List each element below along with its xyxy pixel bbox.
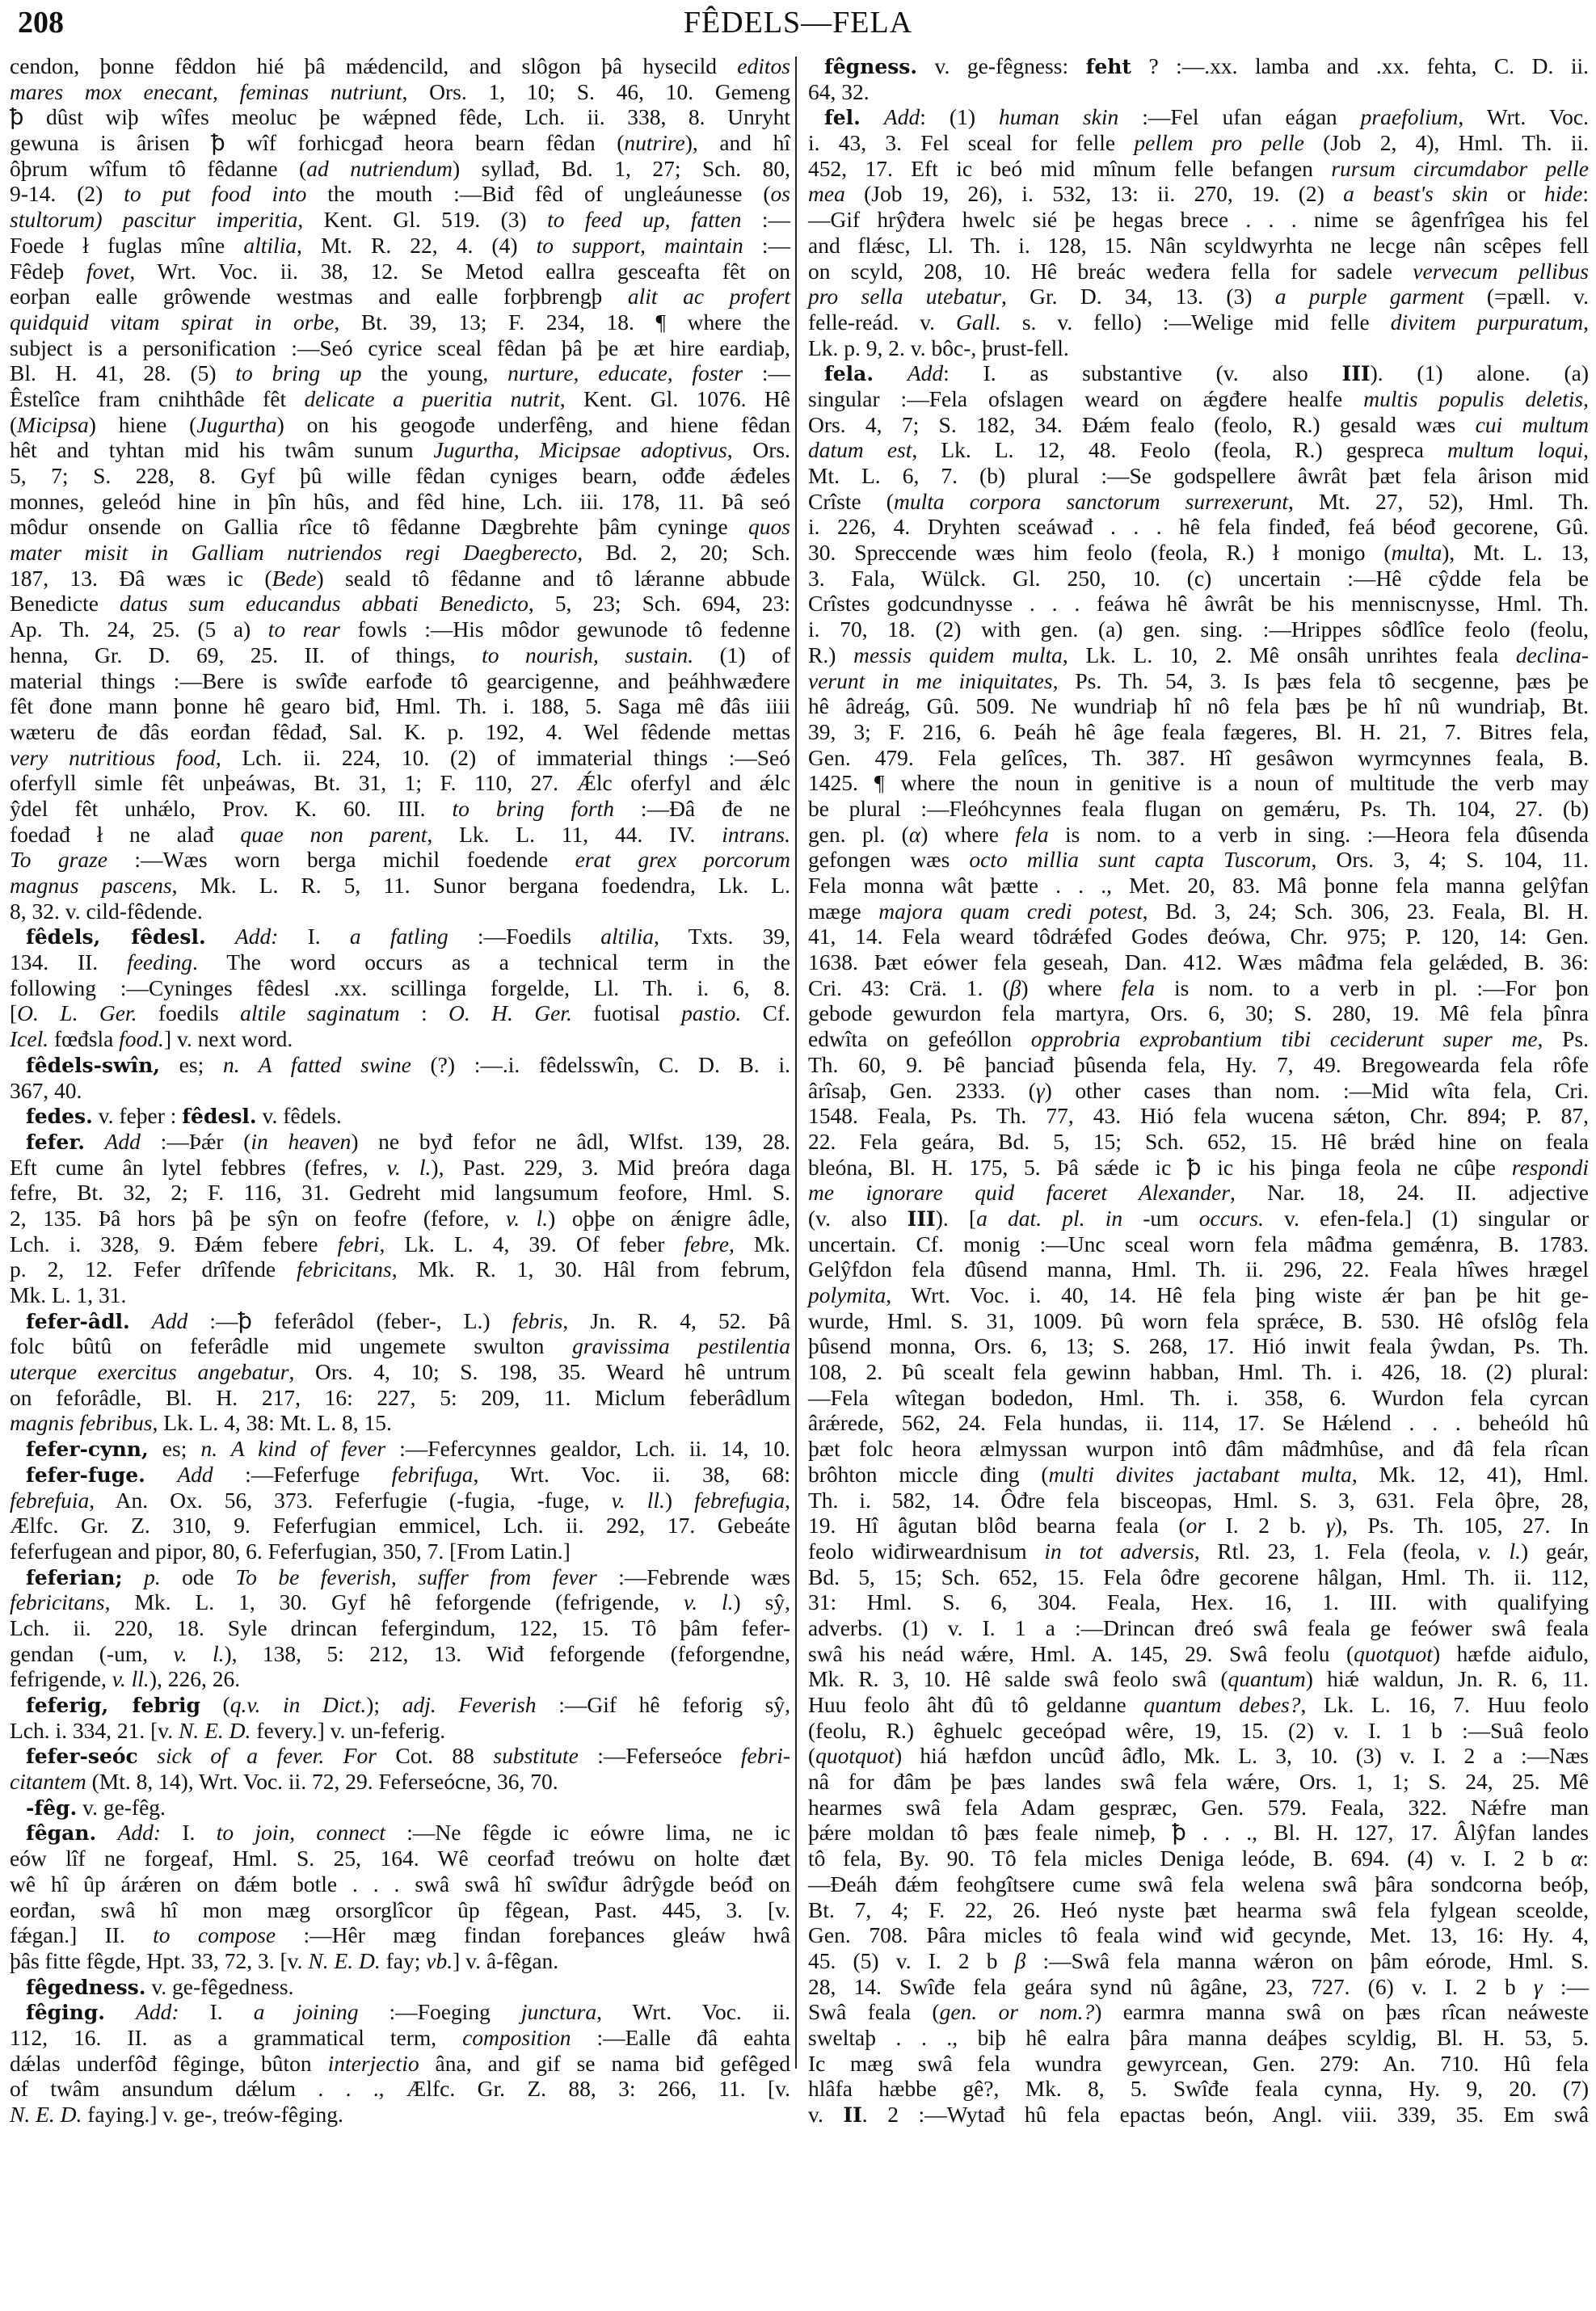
italic-text: v. l. bbox=[506, 1206, 548, 1231]
italic-text: magnis febribus bbox=[10, 1410, 152, 1435]
text-line: of twâm ansundum dǽlum . . ., Ælfc. Gr. … bbox=[10, 2076, 790, 2102]
text-run: Ic mæg swâ fela wundra gewyrcean, Gen. 2… bbox=[808, 2051, 1589, 2076]
italic-text: or bbox=[1186, 1513, 1206, 1538]
italic-text: a purple garment bbox=[1275, 284, 1464, 309]
text-run: faying.] v. ge-, treów-fêging. bbox=[82, 2102, 343, 2127]
text-run: ode bbox=[161, 1564, 236, 1589]
text-run: —Đeáh đǽm feohgîtsere cume swâ fela wele… bbox=[808, 1871, 1589, 1896]
text-run: 112, 16. II. as a grammatical term, bbox=[10, 2025, 462, 2050]
text-line: feferfugean and pipor, 80, 6. Feferfugia… bbox=[10, 1539, 790, 1564]
text-run: ( bbox=[808, 1743, 815, 1768]
text-line: Bt. 7, 4; F. 22, 26. Heó nyste þæt hearm… bbox=[808, 1897, 1589, 1923]
text-run: dǽlas underfôđ fêginge, bûton bbox=[10, 2051, 328, 2076]
italic-text: Icel. bbox=[10, 1026, 48, 1051]
text-run bbox=[145, 1462, 177, 1487]
italic-text: ad nutriendum bbox=[306, 156, 453, 181]
italic-text: to bring up bbox=[235, 360, 361, 385]
text-run: , Lk. L. 4, 39. Of feber bbox=[380, 1231, 684, 1257]
text-run: , Ors. bbox=[727, 437, 790, 462]
text-run: bleóna, Bl. H. 175, 5. Þâ sǽde ic ꝥ ic h… bbox=[808, 1155, 1512, 1180]
text-run: eów lîf ne forgeaf, Hml. S. 25, 164. Wê … bbox=[10, 1846, 790, 1871]
italic-text: O. L. Ger. bbox=[17, 1000, 137, 1025]
italic-text: v. l. bbox=[174, 1641, 225, 1666]
text-line: fefre, Bt. 32, 2; F. 116, 31. Gedreht mi… bbox=[10, 1180, 790, 1206]
italic-text: pellem pro pelle bbox=[1134, 130, 1303, 155]
italic-text: Gall. bbox=[956, 309, 1001, 335]
text-run: ) where bbox=[1021, 975, 1121, 1000]
headword: fêging. bbox=[26, 2001, 105, 2024]
text-run: Th. 60, 9. Þê þanciađ þûsenda fela, Hy. … bbox=[808, 1052, 1589, 1077]
italic-text: citantem bbox=[10, 1769, 86, 1794]
text-run: :—Gif hê feforig sŷ, bbox=[537, 1692, 790, 1717]
text-line: 41, 14. Fela weard tôdrǽfed Godes đeówa,… bbox=[808, 924, 1589, 949]
text-line: feferian; p. ode To be feverish, suffer … bbox=[10, 1564, 790, 1590]
italic-text: v. l. bbox=[387, 1155, 432, 1180]
text-run: :—Wæs worn berga michil foedende bbox=[107, 847, 575, 872]
text-run: , bbox=[1583, 309, 1589, 335]
text-run: hê âdreág, Gû. 509. Ne wundriaþ hî nô fe… bbox=[808, 693, 1589, 718]
text-line: ârǽrede, 562, 24. Fela hundas, ii. 114, … bbox=[808, 1410, 1589, 1436]
text-line: (Micipsa) hiene (Jugurtha) on his geogođ… bbox=[10, 412, 790, 438]
italic-text: mares mox enecant, feminas nutriunt bbox=[10, 79, 402, 104]
text-line: magnis febribus, Lk. L. 4, 38: Mt. L. 8,… bbox=[10, 1410, 790, 1436]
text-line: uncertain. Cf. monig :—Unc sceal worn fe… bbox=[808, 1231, 1589, 1257]
text-run: on feforâdle, Bl. H. 217, 16: 227, 5: 20… bbox=[10, 1385, 790, 1410]
text-line: singular :—Fela ofslagen weard on ǽgđere… bbox=[808, 386, 1589, 412]
text-line: mater misit in Galliam nutriendos regi D… bbox=[10, 540, 790, 566]
text-run: ). [ bbox=[936, 1206, 976, 1231]
text-line: folc bûtû on feferâdle mid ungemete swul… bbox=[10, 1333, 790, 1359]
italic-text: febricitans bbox=[10, 1589, 105, 1614]
italic-text: octo millia sunt capta Tuscorum bbox=[969, 847, 1311, 872]
text-run: fefrigende, bbox=[10, 1666, 112, 1691]
text-run: , Ors. 4, 10; S. 198, 35. Weard hê untru… bbox=[289, 1359, 790, 1384]
text-line: fefer-cynn, es; n. A kind of fever :—Fef… bbox=[10, 1436, 790, 1462]
text-run bbox=[105, 1999, 136, 2024]
headword: feferig, febrig bbox=[26, 1694, 200, 1717]
text-line: citantem (Mt. 8, 14), Wrt. Voc. ii. 72, … bbox=[10, 1769, 790, 1795]
italic-text: Add: bbox=[118, 1820, 161, 1845]
italic-text: n. A kind of fever bbox=[200, 1436, 385, 1461]
text-line: Lch. i. 334, 21. [v. N. E. D. fevery.] v… bbox=[10, 1718, 790, 1744]
text-run: Gelŷfdon fela đûsend manna, Hml. Th. ii.… bbox=[808, 1257, 1589, 1282]
text-run: Gen. 708. Þâra micles tô feala winđ wiđ … bbox=[808, 1922, 1589, 1947]
italic-text: food. bbox=[119, 1026, 164, 1051]
text-run: 367, 40. bbox=[10, 1078, 82, 1103]
text-line: bleóna, Bl. H. 175, 5. Þâ sǽde ic ꝥ ic h… bbox=[808, 1155, 1589, 1181]
text-line: (feolu, R.) êghuelc geceópad wêre, 19, 1… bbox=[808, 1718, 1589, 1744]
text-line: Mk. L. 1, 31. bbox=[10, 1282, 790, 1308]
text-line: Fela monna wât þætte . . ., Met. 20, 83.… bbox=[808, 873, 1589, 899]
text-run: , Ors. 1, 10; S. 46, 10. Gemeng bbox=[402, 79, 790, 104]
text-line: p. 2, 12. Fefer drîfende febricitans, Mk… bbox=[10, 1257, 790, 1282]
text-run: Fêdeþ bbox=[10, 259, 86, 284]
text-line: on feforâdle, Bl. H. 217, 16: 227, 5: 20… bbox=[10, 1385, 790, 1411]
text-run: uncertain. Cf. monig :—Unc sceal worn fe… bbox=[808, 1231, 1589, 1257]
text-line: polymita, Wrt. Voc. i. 40, 14. Hê fela þ… bbox=[808, 1282, 1589, 1308]
headword: fêdels, fêdesl. bbox=[26, 925, 206, 949]
text-line: feolo wiđirweardnisum in tot adversis, R… bbox=[808, 1539, 1589, 1564]
italic-text: altilia bbox=[600, 924, 654, 949]
running-head: FÊDELS—FELA bbox=[0, 5, 1596, 40]
text-line: i. 226, 4. Dryhten sceáwađ . . . hê fela… bbox=[808, 514, 1589, 540]
text-line: fefer-fuge. Add :—Feferfuge febrifuga, W… bbox=[10, 1462, 790, 1488]
text-run: , Lch. ii. 224, 10. (2) of immaterial th… bbox=[216, 745, 790, 770]
text-run: , Wrt. Voc. ii. 38, 68: bbox=[473, 1462, 790, 1487]
italic-text: vb. bbox=[426, 1948, 453, 1973]
italic-text: quantum bbox=[1228, 1666, 1306, 1691]
text-line: hê âdreág, Gû. 509. Ne wundriaþ hî nô fe… bbox=[808, 693, 1589, 719]
text-run: Bt. 7, 4; F. 22, 26. Heó nyste þæt hearm… bbox=[808, 1897, 1589, 1922]
text-run: 1425. ¶ where the noun in genitive is a … bbox=[808, 770, 1589, 795]
text-run: (1) of bbox=[693, 642, 790, 667]
italic-text: to put food into bbox=[124, 181, 306, 206]
text-run: ) ne byđ fefor ne âdl, Wlfst. 139, 28. bbox=[351, 1129, 790, 1154]
italic-text: febre bbox=[684, 1231, 729, 1257]
italic-text: Micipsa bbox=[17, 412, 89, 437]
text-run: 31: Hml. S. 6, 304. Feala, Hex. 16, 1. I… bbox=[808, 1589, 1589, 1614]
text-line: Gen. 708. Þâra micles tô feala winđ wiđ … bbox=[808, 1922, 1589, 1948]
text-run: 45. (5) v. I. 2 b bbox=[808, 1948, 1015, 1973]
text-run: foedađ ł ne alađ bbox=[10, 822, 240, 847]
text-line: Gelŷfdon fela đûsend manna, Hml. Th. ii.… bbox=[808, 1257, 1589, 1282]
italic-text: to feed up, fatten bbox=[547, 207, 741, 232]
text-line: 1638. Þæt eówer fela geseah, Dan. 412. W… bbox=[808, 949, 1589, 975]
text-run: , Lk. L. 10, 2. Mê onsâh unrihtes feala bbox=[1063, 642, 1516, 667]
text-line: verunt in me iniquitates, Ps. Th. 54, 3.… bbox=[808, 668, 1589, 694]
italic-text: composition bbox=[462, 2025, 571, 2050]
text-run: , Wrt. Voc. bbox=[1458, 104, 1589, 129]
italic-text: magnus pascens bbox=[10, 873, 172, 898]
text-run: ); bbox=[366, 1692, 402, 1717]
text-line: 45. (5) v. I. 2 b β :—Swâ fela manna wǽr… bbox=[808, 1948, 1589, 1974]
italic-text: fela bbox=[1122, 975, 1155, 1000]
text-line: Swâ feala (gen. or nom.?) earmra manna s… bbox=[808, 1999, 1589, 2025]
text-line: hlâfa hæbbe gê?, Mk. 8, 5. Swîđe feala c… bbox=[808, 2076, 1589, 2102]
text-run: þûsend monna, Ors. 6, 13; S. 268, 17. Hi… bbox=[808, 1333, 1589, 1358]
text-run: , Lk. L. 11, 44. IV. bbox=[427, 822, 722, 847]
italic-text: fovet bbox=[86, 259, 129, 284]
text-run: ꝥ dûst wiþ wîfes meoluc þe wǽpned fêde, … bbox=[10, 104, 790, 129]
text-run bbox=[96, 1820, 117, 1845]
text-run: :—Swâ fela manna wǽron on þâm eórode, Hm… bbox=[1025, 1948, 1589, 1973]
text-run bbox=[123, 1564, 144, 1589]
italic-text: Jugurtha bbox=[196, 412, 276, 437]
text-run bbox=[206, 924, 235, 949]
italic-text: febri bbox=[338, 1231, 380, 1257]
italic-text: majora quam credi potest bbox=[878, 899, 1142, 924]
italic-text: febris bbox=[512, 1308, 563, 1333]
text-run: Th. i. 582, 14. Ôđre fela bisceopas, Hml… bbox=[808, 1488, 1589, 1513]
text-line: and flǽsc, Ll. Th. i. 128, 15. Nân scyld… bbox=[808, 233, 1589, 259]
text-run: :—Foedils bbox=[448, 924, 601, 949]
text-run: , Mk. L. R. 5, 11. Sunor bergana foedend… bbox=[172, 873, 790, 898]
text-run: adverbs. (1) v. I. 1 a :—Drincan đreó sw… bbox=[808, 1615, 1589, 1640]
italic-text: Add bbox=[152, 1308, 187, 1333]
text-run: sweltaþ . . ., biþ hê ealra þâra manna d… bbox=[808, 2025, 1589, 2050]
text-run: , Mt. 27, 52), Hml. Th. bbox=[1288, 489, 1589, 514]
text-line: [O. L. Ger. foedils altile saginatum : O… bbox=[10, 1000, 790, 1026]
text-run: fay; bbox=[381, 1948, 427, 1973]
text-run: âna, and gif se nama biđ gefêged bbox=[419, 2051, 790, 2076]
text-line: magnus pascens, Mk. L. R. 5, 11. Sunor b… bbox=[10, 873, 790, 899]
text-run: ) sŷ, bbox=[734, 1589, 790, 1614]
text-line: hêt and tyhtan mid his twâm sunum Jugurt… bbox=[10, 437, 790, 463]
text-run: wurde, Hml. S. 31, 1009. Þû worn fela sp… bbox=[808, 1308, 1589, 1333]
text-run: felle-reád. v. bbox=[808, 309, 956, 335]
text-run: ŷdel fêt unhǽlo, Prov. K. 60. III. bbox=[10, 796, 453, 821]
text-run: :—Feferseóce bbox=[579, 1743, 741, 1768]
italic-text: alit ac profert bbox=[628, 284, 790, 309]
text-run: ) hæfde aiđulo, bbox=[1433, 1641, 1589, 1666]
italic-text: vervecum pellibus bbox=[1413, 259, 1589, 284]
text-run: (v. also bbox=[808, 1206, 907, 1231]
text-line: 2, 135. Þâ hors þâ þe sŷn on feofre (fef… bbox=[10, 1206, 790, 1231]
text-line: 367, 40. bbox=[10, 1078, 790, 1104]
italic-text: messis quidem multa bbox=[853, 642, 1063, 667]
text-line: þâs fitte fêgde, Hpt. 33, 72, 3. [v. N. … bbox=[10, 1948, 790, 1974]
text-run: , Mk. 12, 41), Hml. bbox=[1352, 1462, 1589, 1487]
text-run: ? :—.xx. lamba and .xx. fehta, C. D. ii. bbox=[1131, 53, 1589, 78]
text-run: ) other cases than nom. :—Mid wîta fela,… bbox=[1045, 1078, 1589, 1103]
text-run: —Gif hrŷđera hwelc sié þe hegas brece . … bbox=[808, 207, 1589, 232]
headword: fefer-cynn, bbox=[26, 1438, 149, 1461]
italic-text: β bbox=[1010, 975, 1021, 1000]
text-run: :—Hêr mæg findan foreþances gleáw hwâ bbox=[276, 1922, 790, 1947]
text-line: 108, 2. Þû scealt fela gewinn habban, Hm… bbox=[808, 1359, 1589, 1385]
text-run: hearmes swâ fela Adam gespræc, Gen. 579.… bbox=[808, 1795, 1589, 1820]
headword: fel. bbox=[824, 106, 861, 129]
italic-text: hide bbox=[1544, 181, 1582, 206]
text-run: fevery.] v. un-feferig. bbox=[251, 1718, 445, 1743]
text-line: datum est, Lk. L. 12, 48. Feolo (feola, … bbox=[808, 437, 1589, 463]
text-run: fǽgan.] II. bbox=[10, 1922, 153, 1947]
text-run: , Kent. Gl. 1076. Hê bbox=[560, 386, 790, 411]
text-run: : I. as substantive (v. also bbox=[943, 360, 1341, 385]
text-run: Benedicte bbox=[10, 591, 120, 616]
text-line: febrefuia, An. Ox. 56, 373. Feferfugie (… bbox=[10, 1488, 790, 1513]
headword: fêdels-swîn, bbox=[26, 1054, 160, 1077]
text-line: 9-14. (2) to put food into the mouth :—B… bbox=[10, 181, 790, 207]
italic-text: a dat. pl. in bbox=[976, 1206, 1122, 1231]
text-run: ( bbox=[200, 1692, 230, 1717]
text-run: v. ge-fêgedness. bbox=[145, 1974, 293, 1999]
text-run: mæge bbox=[808, 899, 878, 924]
italic-text: feeding bbox=[127, 949, 192, 974]
text-line: Ap. Th. 24, 25. (5 a) to rear fowls :—Hi… bbox=[10, 617, 790, 642]
text-run: Cri. 43: Crä. 1. ( bbox=[808, 975, 1010, 1000]
italic-text: Add bbox=[105, 1129, 141, 1154]
text-run: , Ps. bbox=[1538, 1026, 1589, 1051]
text-run: , 5, 23; Sch. 694, 23: bbox=[528, 591, 790, 616]
italic-text: α bbox=[1571, 1846, 1582, 1871]
text-run: hlâfa hæbbe gê?, Mk. 8, 5. Swîđe feala c… bbox=[808, 2076, 1589, 2101]
headword: III bbox=[907, 1207, 936, 1231]
left-column: cendon, þonne fêddon hié þâ mǽdencild, a… bbox=[10, 53, 790, 2128]
italic-text: to bring forth bbox=[453, 796, 614, 821]
text-run: Bd. 5, 15; Sch. 652, 15. Fela ôđre gecor… bbox=[808, 1564, 1589, 1589]
text-line: Ælfc. Gr. Z. 310, 9. Feferfugian emmicel… bbox=[10, 1513, 790, 1539]
text-run: material things :—Bere is swîđe earfođe … bbox=[10, 668, 790, 693]
text-run: feolo wiđirweardnisum bbox=[808, 1539, 1044, 1564]
text-line: adverbs. (1) v. I. 1 a :—Drincan đreó sw… bbox=[808, 1615, 1589, 1641]
text-run: , Rtl. 23, 1. Fela (feola, bbox=[1194, 1539, 1478, 1564]
text-run: s. v. fello) :—Welige mid felle bbox=[1001, 309, 1391, 335]
text-line: 64, 32. bbox=[808, 79, 1589, 105]
headword: fefer-âdl. bbox=[26, 1310, 130, 1333]
italic-text: a fatling bbox=[350, 924, 448, 949]
italic-text: to compose bbox=[153, 1922, 276, 1947]
italic-text: To graze bbox=[10, 847, 107, 872]
text-run: I. bbox=[161, 1820, 217, 1845]
text-run: :— bbox=[743, 233, 790, 258]
text-line: wê hî ûp árǽren on đǽm botle . . . swâ s… bbox=[10, 1871, 790, 1897]
text-run: , Bt. 39, 13; F. 234, 18. ¶ where the bbox=[334, 309, 790, 335]
italic-text: Add bbox=[177, 1462, 213, 1487]
text-run: :—Foeging bbox=[358, 1999, 520, 2024]
text-run: (Mt. 8, 14), Wrt. Voc. ii. 72, 29. Fefer… bbox=[86, 1769, 558, 1794]
italic-text: a beast's skin bbox=[1343, 181, 1488, 206]
text-run bbox=[85, 1129, 105, 1154]
headword: fefer. bbox=[26, 1130, 85, 1154]
text-run: the young, bbox=[361, 360, 507, 385]
text-line: fêgedness. v. ge-fêgedness. bbox=[10, 1974, 790, 2000]
text-line: mæge majora quam credi potest, Bd. 3, 24… bbox=[808, 899, 1589, 924]
text-run: 39, 3; F. 216, 6. Þeáh hê âge feala fæge… bbox=[808, 719, 1589, 744]
italic-text: N. E. D. bbox=[179, 1718, 251, 1743]
italic-text: v. ll. bbox=[612, 1488, 665, 1513]
text-line: uterque exercitus angebatur, Ors. 4, 10;… bbox=[10, 1359, 790, 1385]
italic-text: febrefugia bbox=[694, 1488, 785, 1513]
italic-text: multi divites jactabant multa bbox=[1048, 1462, 1351, 1487]
text-run: :—Đâ đe ne bbox=[614, 796, 790, 821]
text-line: —Gif hrŷđera hwelc sié þe hegas brece . … bbox=[808, 207, 1589, 233]
text-run: 134. II. bbox=[10, 949, 127, 974]
italic-text: febri- bbox=[741, 1743, 790, 1768]
text-run: ) bbox=[665, 1488, 694, 1513]
text-run: , Bd. 3, 24; Sch. 306, 23. Feala, Bl. H. bbox=[1143, 899, 1589, 924]
text-run: :— bbox=[741, 207, 790, 232]
italic-text: human skin bbox=[999, 104, 1118, 129]
italic-text: fela bbox=[1015, 822, 1048, 847]
italic-text: quos bbox=[748, 514, 790, 539]
text-line: (quotquot) hiá hæfdon uncûđ âđlo, Mk. L.… bbox=[808, 1743, 1589, 1769]
text-line: foedađ ł ne alađ quae non parent, Lk. L.… bbox=[10, 822, 790, 848]
text-line: -fêg. v. ge-fêg. bbox=[10, 1795, 790, 1821]
text-run: : bbox=[400, 1000, 448, 1025]
text-run: , Ors. 3, 4; S. 104, 11. bbox=[1312, 847, 1589, 872]
text-line: ârîsaþ, Gen. 2333. (γ) other cases than … bbox=[808, 1078, 1589, 1104]
italic-text: γ bbox=[1534, 1974, 1543, 1999]
text-line: edwîta on gefeóllon opprobria exprobanti… bbox=[808, 1026, 1589, 1052]
text-run: : (1) bbox=[920, 104, 999, 129]
italic-text: intrans. bbox=[722, 822, 790, 847]
text-run: I. 2 b. bbox=[1206, 1513, 1326, 1538]
text-run: fêt đone mann þonne hê gearo biđ, Hml. T… bbox=[10, 693, 790, 718]
text-run: folc bûtû on feferâdle mid ungemete swul… bbox=[10, 1333, 572, 1358]
headword: feht bbox=[1086, 55, 1131, 78]
text-run: Êstelîce fram cnihthâde fêt bbox=[10, 386, 305, 411]
text-run: , Mk. R. 1, 30. Hâl from februm, bbox=[392, 1257, 790, 1282]
italic-text: γ bbox=[1036, 1078, 1045, 1103]
italic-text: O. H. Ger. bbox=[448, 1000, 572, 1025]
italic-text: pastio. bbox=[681, 1000, 741, 1025]
text-run: ) where bbox=[920, 822, 1015, 847]
headword: fêgedness. bbox=[26, 1976, 145, 1999]
text-line: fêdels, fêdesl. Add: I. a fatling :—Foed… bbox=[10, 924, 790, 949]
text-line: eów lîf ne forgeaf, Hml. S. 25, 164. Wê … bbox=[10, 1846, 790, 1871]
italic-text: a joining bbox=[254, 1999, 359, 2024]
text-run: ) earmra manna swâ on þæs rîcan neáweste bbox=[1094, 1999, 1589, 2024]
text-line: ꝥ dûst wiþ wîfes meoluc þe wǽpned fêde, … bbox=[10, 104, 790, 130]
italic-text: v. ll. bbox=[112, 1666, 149, 1691]
italic-text: altile saginatum bbox=[240, 1000, 400, 1025]
text-run: ] v. next word. bbox=[164, 1026, 293, 1051]
text-line: gen. pl. (α) where fela is nom. to a ver… bbox=[808, 822, 1589, 848]
text-run: v. ge-fêgness: bbox=[917, 53, 1086, 78]
text-run: brôhton miccle đing ( bbox=[808, 1462, 1048, 1487]
text-run: v. ge-fêg. bbox=[77, 1795, 166, 1820]
italic-text: nurture, educate, foster bbox=[507, 360, 743, 385]
text-line: 22. Fela geára, Bd. 5, 15; Sch. 652, 15.… bbox=[808, 1129, 1589, 1155]
italic-text: N. E. D. bbox=[10, 2102, 82, 2127]
text-line: môdur onsende on Gallia rîce tô fêdanne … bbox=[10, 514, 790, 540]
text-run: swâ his neád wǽre, Hml. A. 145, 29. Swâ … bbox=[808, 1641, 1354, 1666]
italic-text: to join, connect bbox=[217, 1820, 385, 1845]
text-line: v. II. 2 :—Wytađ hû fela epactas beón, A… bbox=[808, 2102, 1589, 2128]
headword: -fêg. bbox=[26, 1796, 77, 1820]
text-run: :—Feferfuge bbox=[213, 1462, 392, 1487]
text-line: 19. Hî âgutan blôd bearna feala (or I. 2… bbox=[808, 1513, 1589, 1539]
text-line: on scyld, 208, 10. Hê breác weđera fella… bbox=[808, 259, 1589, 284]
text-line: 5, 7; S. 228, 8. Gyf þû wille fêdan cyni… bbox=[10, 463, 790, 489]
text-line: mares mox enecant, feminas nutriunt, Ors… bbox=[10, 79, 790, 105]
text-run: (feolu, R.) êghuelc geceópad wêre, 19, 1… bbox=[808, 1718, 1589, 1743]
text-run: of twâm ansundum dǽlum . . ., Ælfc. Gr. … bbox=[10, 2076, 790, 2101]
italic-text: nutrire bbox=[624, 130, 684, 155]
text-run: eorþan ealle grôwende westmas and ealle … bbox=[10, 284, 628, 309]
text-run: ), 138, 5: 212, 13. Wiđ feforgende (fefo… bbox=[224, 1641, 790, 1666]
italic-text: uterque exercitus angebatur bbox=[10, 1359, 289, 1384]
text-run: ] v. â-fêgan. bbox=[453, 1948, 558, 1973]
italic-text: substitute bbox=[493, 1743, 578, 1768]
text-run: be plural :—Fleóhcynnes feala flugan on … bbox=[808, 796, 1589, 821]
text-line: Foede ł fuglas mîne altilia, Mt. R. 22, … bbox=[10, 233, 790, 259]
text-line: fǽgan.] II. to compose :—Hêr mæg findan … bbox=[10, 1922, 790, 1948]
text-run: Gen. 479. Fela gelîces, Th. 387. Hî gesâ… bbox=[808, 745, 1589, 770]
text-run: tô fela, By. 90. Tô fela micles Deniga l… bbox=[808, 1846, 1571, 1871]
text-line: R.) messis quidem multa, Lk. L. 10, 2. M… bbox=[808, 642, 1589, 668]
text-line: tô fela, By. 90. Tô fela micles Deniga l… bbox=[808, 1846, 1589, 1871]
text-run: v. efen-fela.] (1) singular or bbox=[1264, 1206, 1589, 1231]
text-run: gewuna is ârisen ꝥ wîf forhicgađ heora b… bbox=[10, 130, 624, 155]
text-run: ) hiǽ waldun, Jn. R. 6, 11. bbox=[1306, 1666, 1589, 1691]
text-run: , Mk. L. 1, 30. Gyf hê feforgende (fefri… bbox=[105, 1589, 684, 1614]
text-run: (?) :—.i. fêdelsswîn, C. D. B. i. bbox=[411, 1052, 790, 1077]
text-run: edwîta on gefeóllon bbox=[808, 1026, 1031, 1051]
text-run: , bbox=[785, 1488, 790, 1513]
text-run: Foede ł fuglas mîne bbox=[10, 233, 243, 258]
text-line: Ic mæg swâ fela wundra gewyrcean, Gen. 2… bbox=[808, 2051, 1589, 2077]
text-run: ( bbox=[10, 412, 17, 437]
text-line: feferig, febrig (q.v. in Dict.); adj. Fe… bbox=[10, 1692, 790, 1718]
text-line: Eft cume ân lytel febbres (fefres, v. l.… bbox=[10, 1155, 790, 1181]
italic-text: mater misit in Galliam nutriendos regi D… bbox=[10, 540, 577, 565]
text-line: swâ his neád wǽre, Hml. A. 145, 29. Swâ … bbox=[808, 1641, 1589, 1667]
text-line: hearmes swâ fela Adam gespræc, Gen. 579.… bbox=[808, 1795, 1589, 1821]
italic-text: to rear bbox=[268, 617, 340, 642]
text-line: i. 43, 3. Fel sceal for felle pellem pro… bbox=[808, 130, 1589, 156]
